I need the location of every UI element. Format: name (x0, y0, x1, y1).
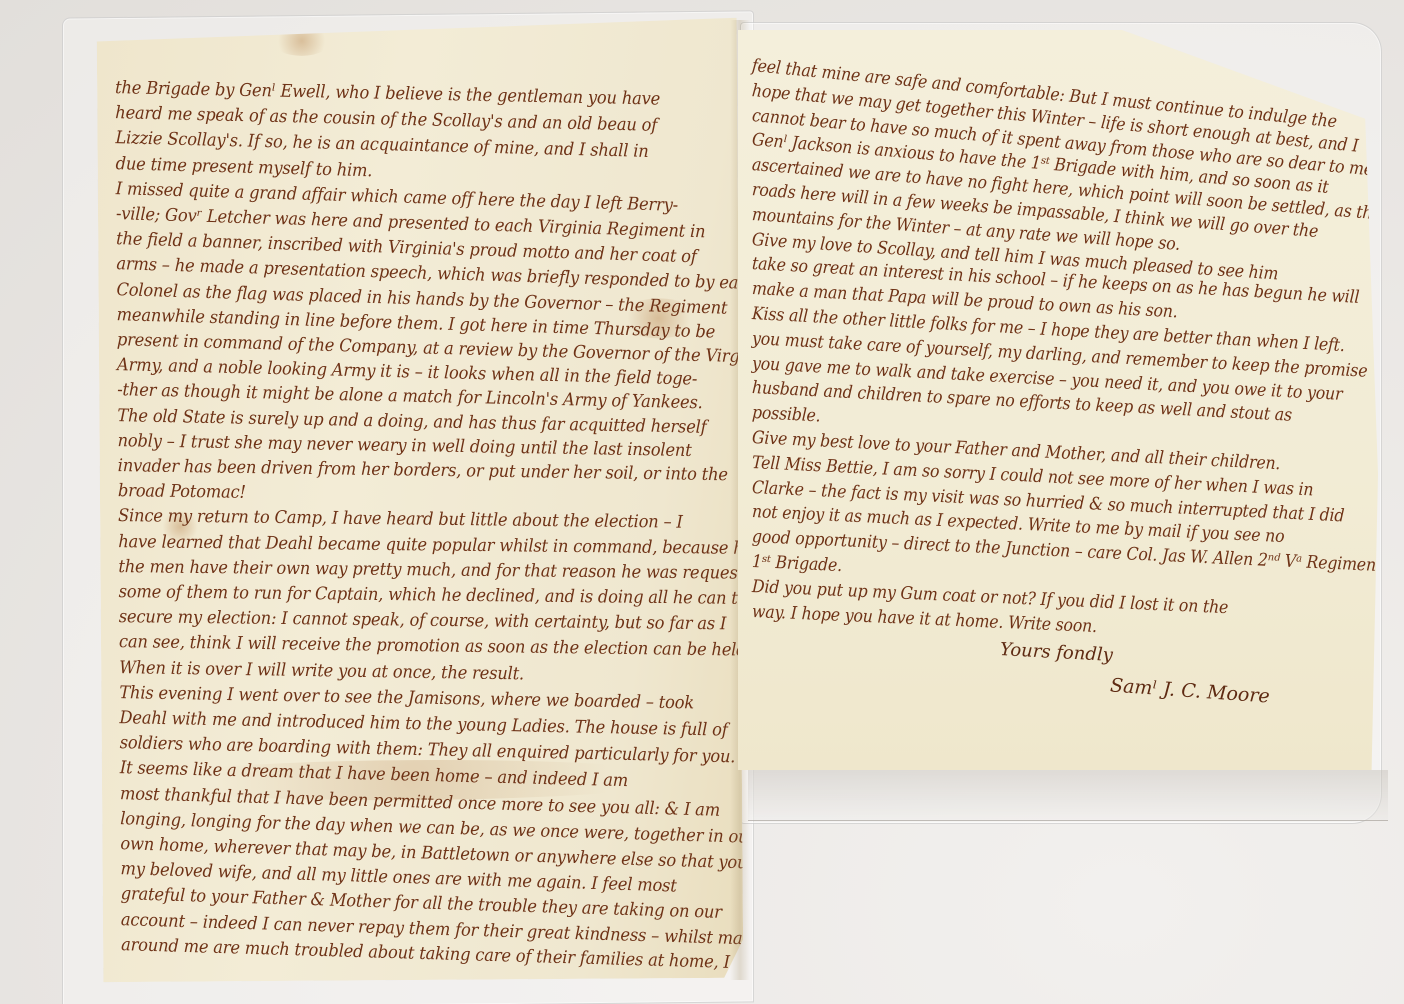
letter-page-right: feel that mine are safe and comfortable:… (738, 30, 1378, 770)
handwritten-line: some of them to run for Captain, which h… (119, 582, 744, 609)
handwritten-line: When it is over I will write you at once… (119, 658, 524, 684)
handwritten-line: possible. (751, 403, 821, 426)
handwritten-line: This evening I went over to see the Jami… (119, 683, 694, 713)
handwritten-line: 1ˢᵗ Brigade. (752, 552, 843, 576)
letter-page-left: the Brigade by Genˡ Ewell, who I believe… (97, 18, 744, 982)
handwritten-line: can see, think I will receive the promot… (119, 632, 743, 661)
handwritten-line: the men have their own way pretty much, … (118, 557, 743, 584)
handwritten-line: Since my return to Camp, I have heard bu… (118, 506, 683, 533)
handwritten-line: have learned that Deahl became quite pop… (118, 532, 743, 559)
handwritten-line: broad Potomac! (118, 481, 246, 503)
sleeve-bottom-edge (748, 770, 1388, 821)
handwritten-line: due time present myself to him. (115, 154, 372, 181)
handwritten-line: secure my election: I cannot speak, of c… (119, 607, 727, 634)
left-page-text: the Brigade by Genˡ Ewell, who I believe… (97, 18, 744, 982)
handwritten-line: invader has been driven from her borders… (118, 456, 728, 485)
